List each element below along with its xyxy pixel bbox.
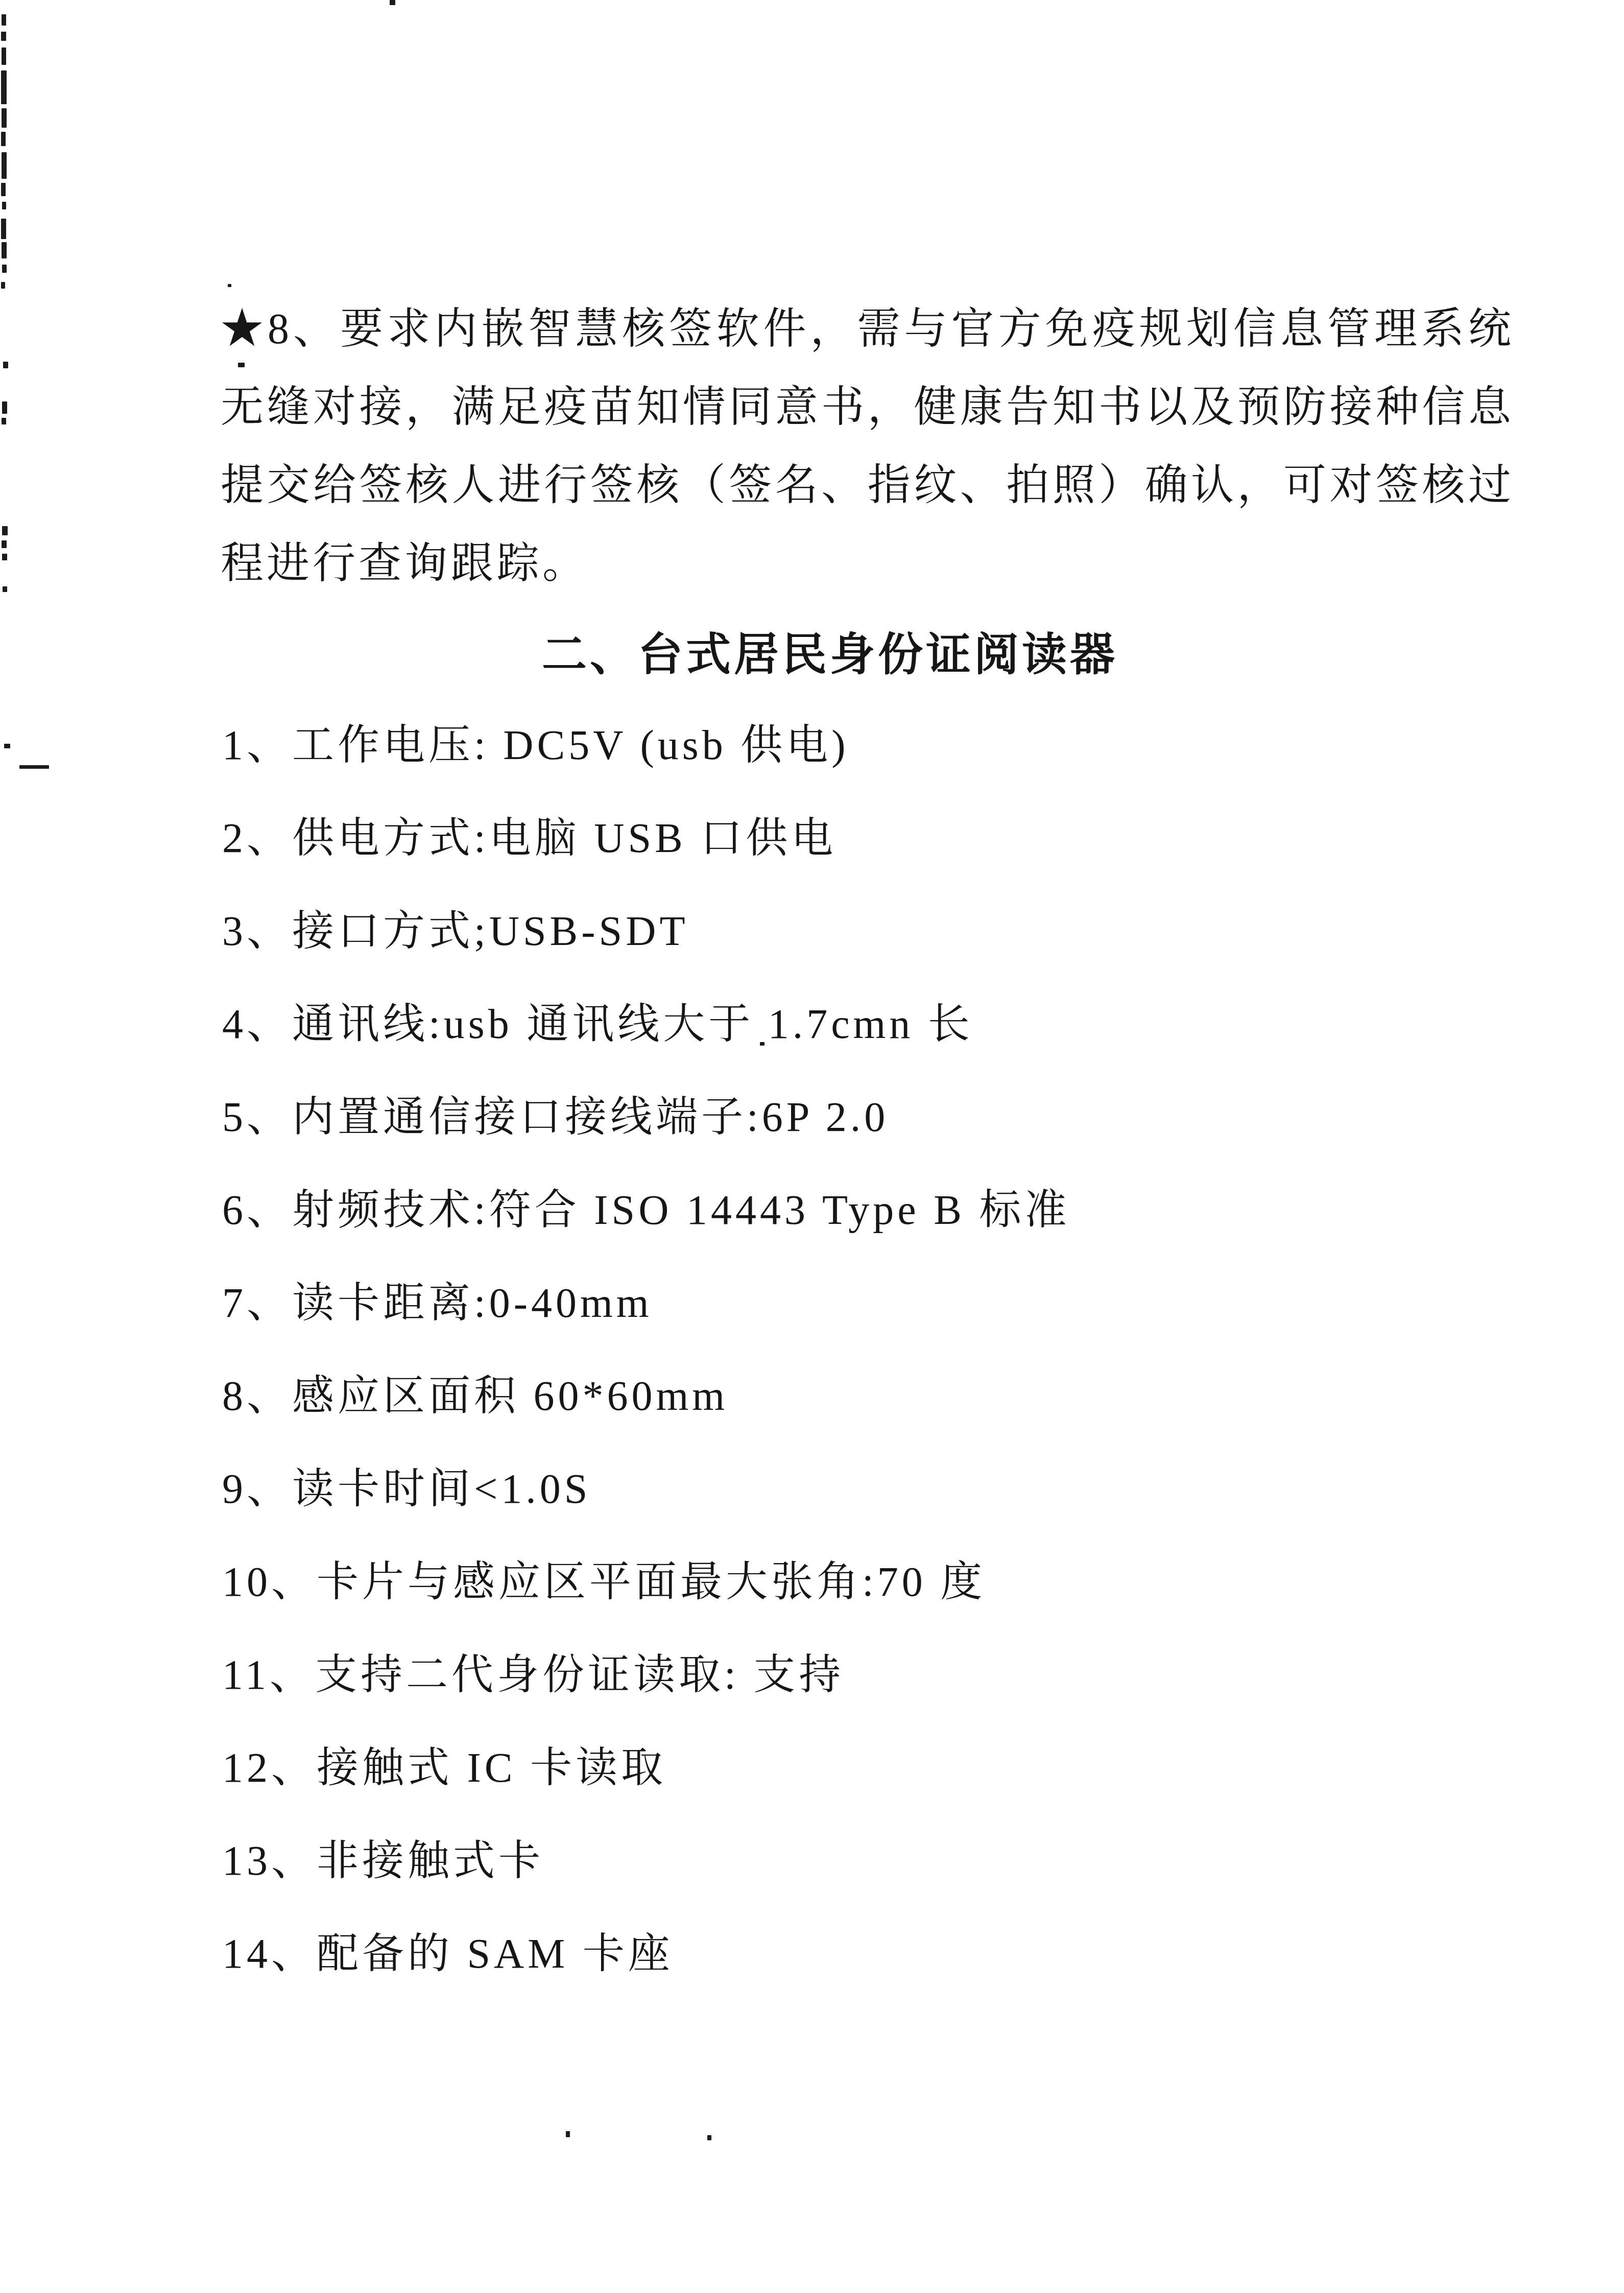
- scan-speck: [228, 284, 231, 287]
- scan-speck: [19, 765, 49, 769]
- paragraph-line: 无缝对接，满足疫苗知情同意书，健康告知书以及预防接种信息: [221, 368, 1514, 446]
- paragraph-line: 程进行查询跟踪。: [221, 525, 1514, 603]
- spec-list: 1、工作电压: DC5V (usb 供电) 2、供电方式:电脑 USB 口供电 …: [222, 699, 1581, 2000]
- scan-speck: [2, 242, 7, 258]
- spec-item: 5、内置通信接口接线端子:6P 2.0: [222, 1071, 1581, 1164]
- spec-item: 3、接口方式;USB-SDT: [222, 885, 1581, 978]
- scan-speck: [1, 70, 7, 104]
- spec-item: 7、读卡距离:0-40mm: [222, 1257, 1581, 1350]
- spec-item: 6、射频技术:符合 ISO 14443 Type B 标准: [222, 1164, 1581, 1257]
- scan-speck: [2, 152, 7, 179]
- spec-item: 11、支持二代身份证读取: 支持: [222, 1628, 1581, 1721]
- requirement-paragraph: ★8、要求内嵌智慧核签软件，需与官方免疫规划信息管理系统 无缝对接，满足疫苗知情…: [221, 290, 1514, 603]
- scan-speck: [2, 554, 7, 560]
- scan-speck: [1, 282, 5, 289]
- scan-speck: [566, 2131, 570, 2137]
- scan-speck: [2, 540, 7, 548]
- spec-item: 1、工作电压: DC5V (usb 供电): [222, 699, 1581, 792]
- scan-speck: [2, 265, 7, 273]
- scan-speck: [2, 418, 6, 424]
- spec-item: 4、通讯线:usb 通讯线大于 1.7cmn 长: [222, 978, 1581, 1071]
- document-page: ★8、要求内嵌智慧核签软件，需与官方免疫规划信息管理系统 无缝对接，满足疫苗知情…: [0, 0, 1624, 2293]
- scan-speck: [1, 219, 6, 239]
- scan-speck: [2, 14, 6, 26]
- scan-speck: [4, 744, 10, 748]
- scan-speck: [1, 183, 6, 196]
- scan-speck: [3, 586, 7, 592]
- spec-item: 12、接触式 IC 卡读取: [222, 1721, 1581, 1814]
- scan-speck: [2, 108, 7, 128]
- spec-item: 2、供电方式:电脑 USB 口供电: [222, 792, 1581, 885]
- spec-item: 14、配备的 SAM 卡座: [222, 1907, 1581, 2000]
- scan-speck: [1, 132, 6, 146]
- section-heading: 二、台式居民身份证阅读器: [128, 617, 1532, 694]
- spec-item: 8、感应区面积 60*60mm: [222, 1350, 1581, 1443]
- scan-speck: [2, 401, 7, 414]
- spec-item: 10、卡片与感应区平面最大张角:70 度: [222, 1535, 1581, 1628]
- paragraph-line: 提交给签核人进行签核（签名、指纹、拍照）确认，可对签核过: [221, 446, 1514, 525]
- scan-speck: [1, 32, 6, 41]
- scan-speck: [3, 362, 8, 368]
- scan-speck: [390, 0, 395, 5]
- scan-speck: [2, 48, 6, 65]
- paragraph-line: ★8、要求内嵌智慧核签软件，需与官方免疫规划信息管理系统: [221, 290, 1514, 368]
- spec-item: 13、非接触式卡: [222, 1814, 1581, 1907]
- spec-item: 9、读卡时间<1.0S: [222, 1443, 1581, 1535]
- scan-speck: [2, 526, 8, 535]
- scan-speck: [707, 2135, 711, 2140]
- scan-speck: [2, 202, 6, 209]
